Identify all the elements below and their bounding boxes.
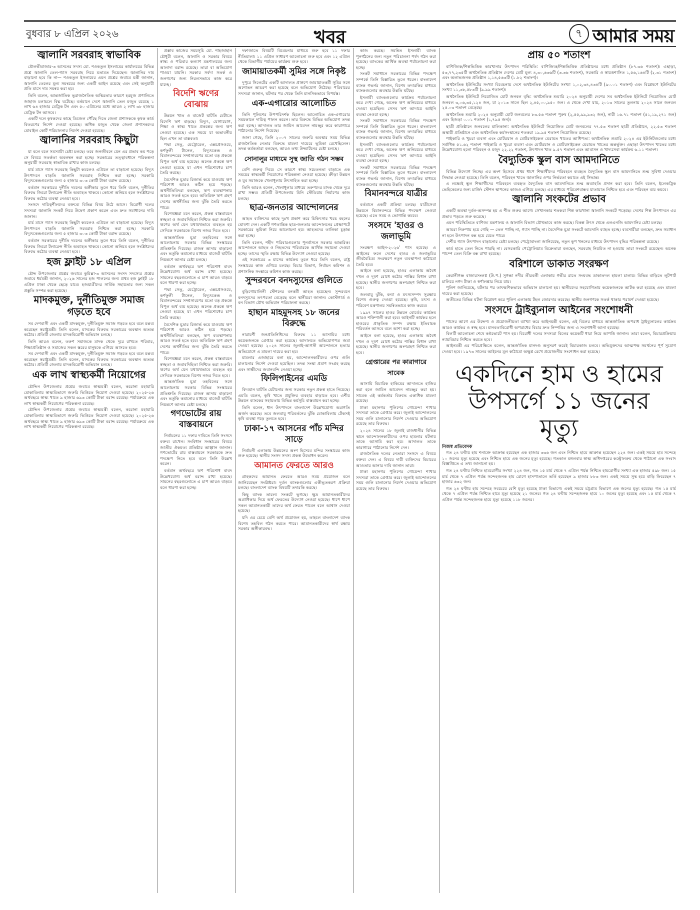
article-paragraph: জলবায়ু ঝুঁকি, বন্যা ও মৎস্যসম্পদ সুরক্ষ… xyxy=(356,292,436,309)
article-paragraph: গত ২৪ ঘণ্টায় হাম সন্দেহে সবচেয়ে বেশি ম… xyxy=(442,486,676,503)
headline-nearly-50-percent: প্রায় ৫০ শতাংশ xyxy=(442,50,676,62)
article-paragraph: কাজ করছে। সমন্বিত ইসলামী ব্যাংক পুনর্গঠন… xyxy=(356,48,436,70)
article-paragraph: দফাজাতে বিষয়টি বিবেচনার মাধ্যমে শুরু হব… xyxy=(238,48,350,65)
headline-fuel-supply-normal: জ্বালানি সরবরাহ স্বাভাবিক xyxy=(24,50,154,62)
article-paragraph: সংকট সমাধানে সরকারের বিভিন্ন পদক্ষেপ সম্… xyxy=(356,71,436,93)
article-paragraph: নির্বাচনের ১১ দফার দাবিতে তিনি সংসদে বক্… xyxy=(160,433,232,467)
article-paragraph: সংরক্ষণ আইন-২০২৬' পাস হয়েছে। এ আইনের ফল… xyxy=(356,245,436,267)
headline-hasan-mahmud-case: হাছান মাহমুদসহ ১৮ জনের বিরুদ্ধে xyxy=(238,308,350,330)
headline-foreign-debt: বিদেশি ঋণের বোঝায় xyxy=(160,89,232,111)
article-paragraph: গ্রাহকদের আমানত ফেরতে আরও সময় প্রয়োজন … xyxy=(238,474,350,491)
article-paragraph: যা বলে বলে সমস্যাটা চেষ্টা চলছে। তবে জনজ… xyxy=(24,149,154,166)
headline-student-movement: ছাত্র-জনতার আন্দোলনের xyxy=(238,203,350,214)
article-paragraph: তিনি আরও বলেন, খেলাধুলার মাধ্যমে তরুণদের… xyxy=(238,185,350,202)
article-paragraph: চৌদ্দ উপজেলার প্রশ্নের জবাবে কুমিল্লা-৩ … xyxy=(24,271,154,293)
headline-barishal-robbery: বরিশালে ডাকাত সংরক্ষণ xyxy=(442,259,676,271)
article-paragraph: দুপুরে সিলেটের একটি আদালত প্রাঙ্গণে জামা… xyxy=(238,80,350,97)
article-paragraph: নির্বাচনী এলাকায় উন্নয়নের অংশ হিসেবে ম… xyxy=(238,448,350,459)
column-2: প্রস্তাব কাজের সময়সূচি মো. শাহজাহান চৌধ… xyxy=(160,48,232,888)
article-paragraph: আহত ব্যক্তিদের কাছে দুঃখ প্রকাশ করে চিকি… xyxy=(238,216,350,238)
article-paragraph: চৌদ্দিন উপজেলার প্রশ্নের জবাবে স্বাস্থ্য… xyxy=(24,407,154,429)
article-paragraph: বর্তমানে একটি প্রক্রিয়া চলছে। যাত্রীসেব… xyxy=(356,202,436,219)
article-paragraph: অর্থনৈতিক ইউনিটের সংখ্যা বিবেচনায় দেশে … xyxy=(442,82,676,93)
article-paragraph: ১৯৯৭ সালের হাওর উন্নয়ন বোর্ডের কার্যক্র… xyxy=(356,310,436,332)
headline-jamaat-activist: জামায়াতকর্মী সুমির সঙ্গে নিকৃষ্ট xyxy=(238,67,350,78)
article-paragraph: সব দেশবাসী এবং একটি মাদকমুক্ত, দুর্নীতিম… xyxy=(24,321,154,338)
headline-health-workers: এক লাখ স্বাস্থ্যকর্মী নিয়োগের xyxy=(24,370,154,382)
article-paragraph: দেশীয় গ্যাস উৎপাদন বাড়ানোর চেষ্টা চলছে… xyxy=(442,239,676,245)
article-paragraph: সংকট সমাধানে সরকারের বিভিন্ন পদক্ষেপ সম্… xyxy=(356,165,436,187)
article-paragraph: সংসদে দায়িত্বশীলদের বক্তব্যে বিভিন্ন বি… xyxy=(24,202,154,219)
article-paragraph: আন্তর্জাতিক মুদ্রা তহবিলের সঙ্গে আলোচনায… xyxy=(160,379,232,407)
article-paragraph: মামলার এজাহারে বলা হয়, আন্দোলনকারীদের ও… xyxy=(238,355,350,372)
article-paragraph: পাইকারি ও খুচরা ব্যবসা এবং মোটরযান ও মোট… xyxy=(442,136,676,153)
article-paragraph: পুলিশ জানিয়েছে, ঘটনার পর তাৎক্ষণিকভাবে … xyxy=(442,285,676,296)
headline-healthy-nation: সোনালুর মাধ্যমে সুস্থ জাতি গঠন সম্ভব xyxy=(238,154,350,165)
article-paragraph: একটি দলে কৃষকদের কাছে ডিজেল পৌঁছে দিতে জ… xyxy=(24,116,154,133)
article-paragraph: আসামি বিচারিক হাকিমের আদালতে হাজির করা হ… xyxy=(356,381,436,403)
article-paragraph: আইনমন্ত্রী এর পরিপ্রেক্ষিতে বলেন, আন্তর্… xyxy=(442,343,676,354)
article-paragraph: তিনি বলেন, আন্তর্জাতিক ভূরাজনৈতিক অস্থির… xyxy=(24,93,154,115)
article-paragraph: উন্নয়ন খাত ও বাজেট ঘাটতি মেটাতে বিদেশি … xyxy=(160,113,232,141)
masthead: বুধবার ৮ এপ্রিল ২০২৬ খবর ৭ আমার সময় xyxy=(24,20,676,47)
headline-measles-deaths: একদিনে হাম ও হামের উপসর্গে ১১ জনের মৃত্য… xyxy=(450,361,668,442)
article-paragraph: আইনে বলা হয়েছে, হাওর এলাকায় অবৈধ দখল ও… xyxy=(356,333,436,355)
column-4: কাজ করছে। সমন্বিত ইসলামী ব্যাংক পুনর্গঠন… xyxy=(356,48,436,888)
article-paragraph: বর্তমান সরকারের দুর্নীতি দমনের অঙ্গীকার … xyxy=(24,238,154,255)
article-paragraph: এ লক্ষ্যেই স্কুল শিক্ষার্থীদের পরিবহনে ব… xyxy=(442,181,676,192)
article-paragraph: বিশেষজ্ঞরা মনে করেন, প্রকল্প বাস্তবায়নে… xyxy=(160,211,232,233)
article-paragraph: নারায়ণী জনপ্রতিনিধিদের বিরুদ্ধে ১১ আসাম… xyxy=(238,332,350,354)
headline-electric-school-bus: বৈদ্যুতিক স্কুল বাস আমদানিতে xyxy=(442,155,676,167)
article-paragraph: ঢাকা মহানগর পুলিশের গোয়েন্দা শাখার সদস্… xyxy=(356,405,436,427)
article-paragraph: বেশি গুরুত্ব দিয়ে। সে কারণে স্বাস্থ্য স… xyxy=(238,167,350,184)
article-paragraph: তিনি বলেন, শহীদ পরিবারগুলোর পুনর্বাসনে স… xyxy=(238,240,350,257)
headline-fuel-crisis-impact: জ্বালানি সংকটের প্রভাব xyxy=(442,194,676,206)
headline-referendum: গণভোটের রায় বাস্তবায়নে xyxy=(160,409,232,431)
article-paragraph: এই সরকারের ৩ মাসের কার্যক্রম তুলে ধরে তি… xyxy=(238,257,350,274)
article-paragraph: প্রস্তাব কাজের সময়সূচি মো. শাহজাহান চৌধ… xyxy=(160,48,232,87)
issue-date: বুধবার ৮ এপ্রিল ২০২৬ xyxy=(26,27,119,44)
article-paragraph: তিনি আরও বলেন, তরুণ সমাজকে মাদক থেকে দূর… xyxy=(24,339,154,350)
article-paragraph: মৌলভীবাজার-৩ আসনের সদস্য মো. শওকতুল ইসলা… xyxy=(24,64,154,92)
article-paragraph: আইনে বলা হয়েছে, হাওর এলাকায় অবৈধ দখল ও… xyxy=(356,268,436,290)
article-paragraph: অর্থনৈতিক শুমারি ২০২৪ অনুযায়ী মোট জনবলে… xyxy=(442,112,676,123)
article-paragraph: কেরানীগঞ্জ বাজারসংলগ্ন (উ.প.) সুগন্ধা নদ… xyxy=(442,273,676,284)
article-paragraph: ঢাকা মহানগর পুলিশের গোয়েন্দা শাখার সদস্… xyxy=(356,469,436,491)
headline-hajj-flight: হজ ফ্লাইট ১৮ এপ্রিল xyxy=(24,257,154,269)
article-paragraph: তিনি পুলিশের উপপরিদর্শক ছিলেন। আলোচিত এক… xyxy=(238,112,350,134)
headline-dhaka17-temples: ঢাকা-১৭ আসনের পাঁচ মন্দির সাড়ে xyxy=(238,424,350,446)
column-divider xyxy=(439,48,440,893)
page-number-badge: ৭ xyxy=(569,24,589,44)
article-paragraph: তিনি বলেন, ধান উৎপাদনে বাংলাদেশ উল্লেখযো… xyxy=(238,405,350,422)
headline-fuel-supply-somewhat: জ্বালানির সরবরাহ কিছুটা xyxy=(24,135,154,147)
article-paragraph: অর্থনৈতিক ইউনিটে নিয়োজিত মোট জনবল বৃদ্ধ… xyxy=(442,94,676,111)
article-paragraph: ইসলামী ব্যাংকগুলোর কার্যক্রম পর্যালোচনা … xyxy=(356,95,436,117)
article-paragraph: চৌদ্দিন উপজেলার প্রশ্নের জবাবে স্বাস্থ্য… xyxy=(24,384,154,406)
column-divider xyxy=(235,48,236,893)
column-3: দফাজাতে বিষয়টি বিবেচনার মাধ্যমে শুরু হব… xyxy=(238,48,350,888)
article-paragraph: বর্তমান সরকারের দুর্নীতি দমনের অঙ্গীকার … xyxy=(24,185,154,202)
article-paragraph: পাসের আগে এর উদ্দেশ্য ও প্রয়োজনীয়তা ব্… xyxy=(442,319,676,330)
article-paragraph: ইসলামী ব্যাংকগুলোর কার্যক্রম পর্যালোচনা … xyxy=(356,142,436,164)
column-divider xyxy=(353,48,354,893)
article-paragraph: বর্তমান অর্থবছরে ঋণ পরিশোধ বাবদ উল্লেখযো… xyxy=(160,468,232,490)
article-paragraph: মার্চ মাসে গ্যাস সরবরাহ কিছুটা কমলেও এপ্… xyxy=(24,167,154,184)
article-paragraph: যদি এর চেয়ে বেশি অর্থ প্রয়োজন হয়, তাহ… xyxy=(238,515,350,532)
article-paragraph: কাৰ্ড হাতে তেল নিতে পারছি না। বেসরকারি প… xyxy=(442,246,676,257)
article-paragraph: বর্তমান অর্থবছরে ঋণ পরিশোধ বাবদ উল্লেখযো… xyxy=(160,264,232,286)
article-paragraph: বিলটি আলোচনা শেষে কণ্ঠভোটে পাস হয়। বিরো… xyxy=(442,331,676,342)
headline-one-eleven: এক-এগারোর আলোচিত xyxy=(238,99,350,110)
article-paragraph: আন্তর্জাতিক মুদ্রা তহবিলের সঙ্গে আলোচনায… xyxy=(160,235,232,263)
article-paragraph: এমন পরিস্থিতিতে বাণিজ্য মন্ত্রণালয় ও জ্… xyxy=(442,220,676,226)
article-paragraph: বুড়িগোয়ালিনী স্টেশনের বনকর্মী আহত হয়ে… xyxy=(238,289,350,306)
article-paragraph: একটি অবস্থা দুর্বল-অসম্পন্ন হয় এ শীত শু… xyxy=(442,208,676,219)
article-paragraph: সংকট সমাধানে সরকারের বিভিন্ন পদক্ষেপ সম্… xyxy=(356,118,436,140)
headline-sundarbans-pirates: সুন্দরবনে বনদস্যুদের গুলিতে xyxy=(238,276,350,287)
article-paragraph: বিদ্যমান ঘাটতি মেটানোর জন্য সরকার নতুন প… xyxy=(238,387,350,404)
headline-drug-free-society: মাদকমুক্ত, দুর্নীতিমুক্ত সমাজ গড়তে হবে xyxy=(24,295,154,319)
article-paragraph: আমরা নিরুপায় হয়ে গেছি — তেল পাচ্ছি না,… xyxy=(442,227,676,238)
article-paragraph: ছাত্রী প্রতিষ্ঠানে জনবলের মালিকানা: অর্থ… xyxy=(442,124,676,135)
headline-airport-passengers: বিমানবন্দরে যাত্রীর xyxy=(356,189,436,200)
headline-philippines-md: ফিলিপাইনের এমডি xyxy=(238,374,350,385)
article-paragraph: পদ্মা সেতু, মেট্রোরেল, এক্সপ্রেসওয়ে, কর… xyxy=(160,142,232,176)
article-paragraph: বাণিজ্যিক/শিল্পভিত্তিক কারখানার উৎপাদন প… xyxy=(442,64,676,81)
article-paragraph: পদ্মা সেতু, মেট্রোরেল, এক্সপ্রেসওয়ে, কর… xyxy=(160,287,232,321)
article-paragraph: গত ২৪ ঘণ্টায় হাম শনাক্তে আক্রান্ত হয়েছ… xyxy=(442,450,676,467)
article-paragraph: ২০২৪ সালের ১৮ জুলাই রাজধানীর বিভিন্ন স্থ… xyxy=(356,428,436,450)
column-5: প্রায় ৫০ শতাংশ বাণিজ্যিক/শিল্পভিত্তিক ক… xyxy=(442,48,676,888)
column-1: জ্বালানি সরবরাহ স্বাভাবিক মৌলভীবাজার-৩ আ… xyxy=(24,48,154,888)
headline-tribunal-amendment: সংসদে ট্রাইব্যুনাল আইনের সংশোধনী xyxy=(442,305,676,317)
article-paragraph: বিভিন্ন উদ্যোগ নিচ্ছে। এর অংশ হিসেবে প্র… xyxy=(442,169,676,180)
article-paragraph: বৈদেশিক মুদ্রার রিজার্ভ কমে যাওয়ায় ঋণ … xyxy=(160,177,232,211)
article-paragraph: কিছু ব্যাংক তারল্য সংকটে ভুগছে। ক্ষুদ্র … xyxy=(238,492,350,514)
headline-former-arrested: গ্রেপ্তারের পর কারাগারে সাবেক xyxy=(356,357,436,379)
article-paragraph: রাজনৈতিক দলের নেতারা সংসদে এ বিষয়ে বক্ত… xyxy=(356,451,436,468)
article-paragraph: গত ২৪ ঘণ্টায় নিশ্চিত হামরোগীর সংখ্যা ২২… xyxy=(442,468,676,485)
headline-haor-wetland-act: সংসদে 'হাওর ও জলাভূমি xyxy=(356,221,436,243)
article-paragraph: মার্চ মাসে গ্যাস সরবরাহ কিছুটা কমলেও এপ্… xyxy=(24,220,154,237)
article-paragraph: সব দেশবাসী এবং একটি মাদকমুক্ত, দুর্নীতিম… xyxy=(24,351,154,368)
article-paragraph: অতীতের বিভিন্ন ঘটনা বিশ্লেষণ করে পুলিশ এ… xyxy=(442,297,676,303)
headline-deposit-return: আমানত ফেরতে আরও xyxy=(238,461,350,472)
article-paragraph: বিশেষজ্ঞরা মনে করেন, প্রকল্প বাস্তবায়নে… xyxy=(160,356,232,378)
article-paragraph: বৈদেশিক মুদ্রার রিজার্ভ কমে যাওয়ায় ঋণ … xyxy=(160,322,232,356)
column-divider xyxy=(157,48,158,893)
article-paragraph: জানা গেছে, তিনি ২০০৭ সালের জরুরি অবস্থার… xyxy=(238,135,350,152)
